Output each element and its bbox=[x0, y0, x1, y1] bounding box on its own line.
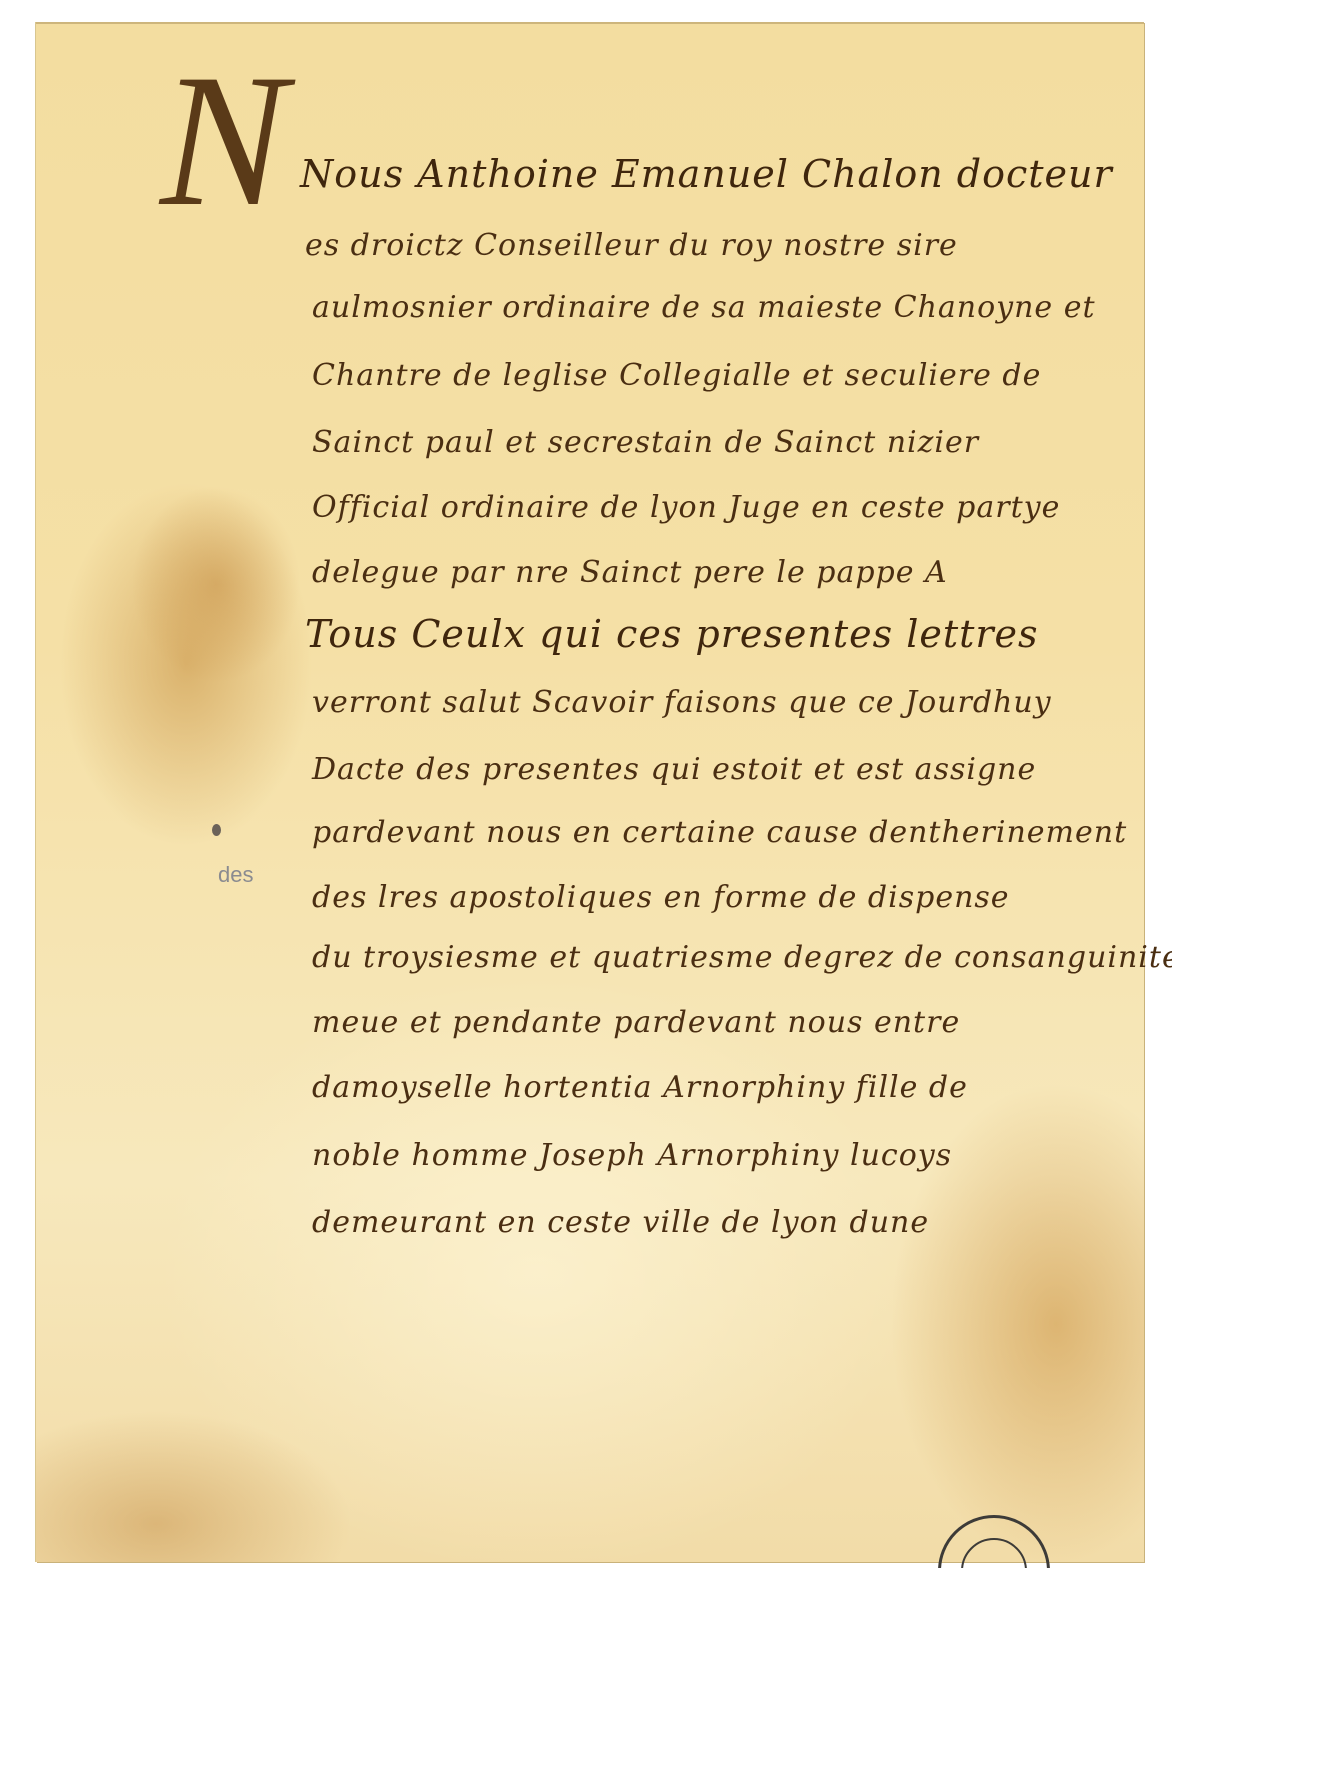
text-line-4: Chantre de leglise Collegialle et seculi… bbox=[312, 358, 1041, 393]
text-line-8: Tous Ceulx qui ces presentes lettres bbox=[305, 612, 1039, 656]
pinhole-mark bbox=[212, 824, 221, 836]
text-line-15: damoyselle hortentia Arnorphiny fille de bbox=[312, 1070, 968, 1105]
text-line-1: Nous Anthoine Emanuel Chalon docteur bbox=[300, 152, 1113, 196]
stamp-inner-ring bbox=[961, 1538, 1027, 1568]
text-line-12: des lres apostoliques en forme de dispen… bbox=[312, 880, 1010, 915]
text-line-9: verront salut Scavoir faisons que ce Jou… bbox=[312, 685, 1052, 720]
text-line-3: aulmosnier ordinaire de sa maieste Chano… bbox=[312, 290, 1096, 325]
text-line-10: Dacte des presentes qui estoit et est as… bbox=[312, 752, 1036, 787]
text-line-17: demeurant en ceste ville de lyon dune bbox=[312, 1205, 929, 1240]
text-line-6: Official ordinaire de lyon Juge en ceste… bbox=[312, 490, 1060, 525]
text-line-13: du troysiesme et quatriesme degrez de co… bbox=[312, 940, 1172, 975]
text-line-16: noble homme Joseph Arnorphiny lucoys bbox=[312, 1138, 952, 1173]
text-line-11: pardevant nous en certaine cause denther… bbox=[312, 815, 1127, 850]
margin-note: des bbox=[218, 862, 253, 888]
text-line-2: es droictz Conseilleur du roy nostre sir… bbox=[305, 228, 958, 263]
text-line-7: delegue par nre Sainct pere le pappe A bbox=[312, 555, 948, 590]
text-line-14: meue et pendante pardevant nous entre bbox=[312, 1005, 960, 1040]
decorated-initial: N bbox=[160, 46, 287, 236]
text-line-5: Sainct paul et secrestain de Sainct nizi… bbox=[312, 425, 979, 460]
